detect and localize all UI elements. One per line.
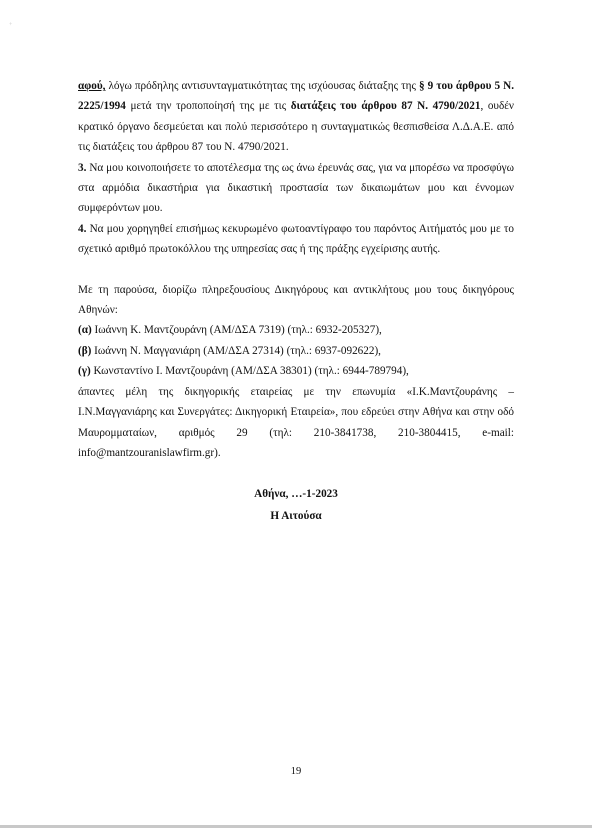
lawyer-entry: (α) Ιωάννη Κ. Μαντζουράνη (ΑΜ/ΔΣΑ 7319) …	[78, 320, 514, 340]
lawyer-entry: (β) Ιωάννη Ν. Μαγγανιάρη (ΑΜ/ΔΣΑ 27314) …	[78, 341, 514, 361]
request-item-4: 4. Να μου χορηγηθεί επισήμως κεκυρωμένο …	[78, 219, 514, 260]
signatory: Η Αιτούσα	[0, 510, 592, 522]
scan-mark: +	[9, 23, 14, 28]
document-body: αφού, λόγω πρόδηλης αντισυνταγματικότητα…	[78, 76, 514, 463]
law-firm-details: άπαντες μέλη της δικηγορικής εταιρείας μ…	[78, 382, 514, 464]
law-reference: διατάξεις του άρθρου 87 Ν. 4790/2021	[291, 100, 481, 112]
appointment-intro: Με τη παρούσα, διορίζω πληρεξουσίους Δικ…	[78, 280, 514, 321]
paragraph-constitutionality: αφού, λόγω πρόδηλης αντισυνταγματικότητα…	[78, 76, 514, 158]
request-item-3: 3. Να μου κοινοποιήσετε το αποτέλεσμα τη…	[78, 158, 514, 219]
page-number: 19	[0, 766, 592, 777]
lead-word: αφού,	[78, 80, 105, 92]
place-date: Αθήνα, …-1-2023	[0, 488, 592, 500]
lawyer-entry: (γ) Κωνσταντίνο Ι. Μαντζουράνη (ΑΜ/ΔΣΑ 3…	[78, 361, 514, 381]
document-page: + αφού, λόγω πρόδηλης αντισυνταγματικότη…	[0, 0, 592, 825]
